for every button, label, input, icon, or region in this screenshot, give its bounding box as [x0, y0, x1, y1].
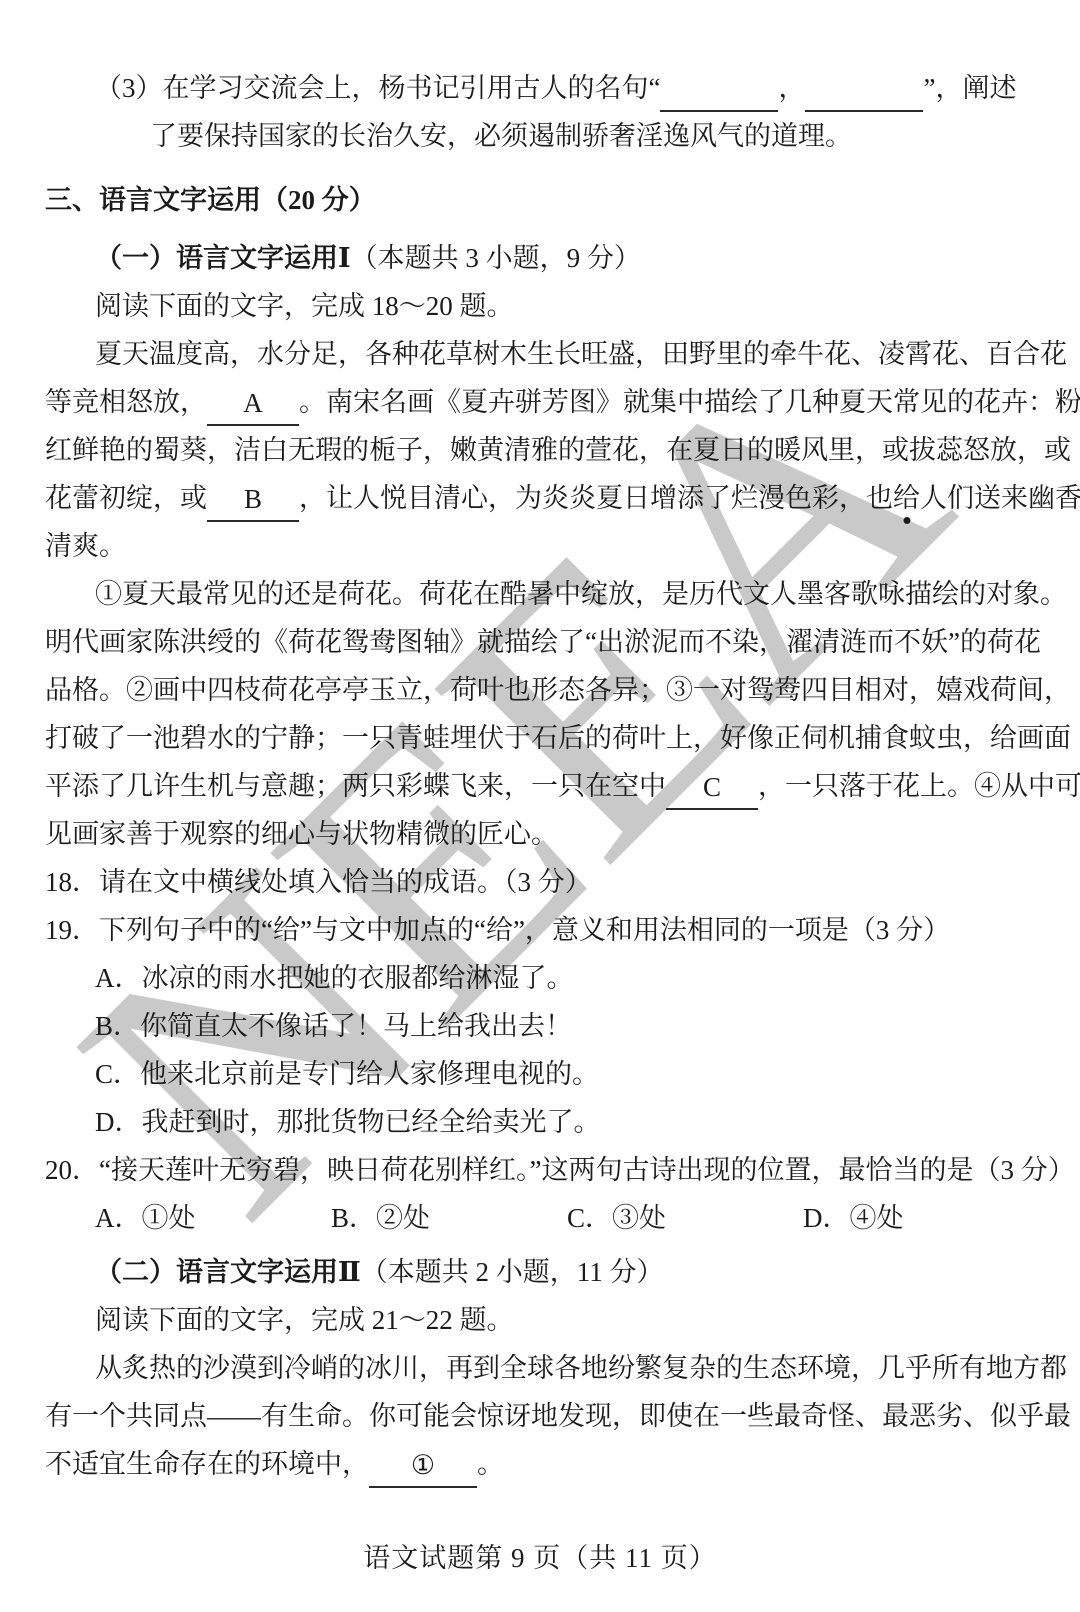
passage-line: 明代画家陈洪绶的《荷花鸳鸯图轴》就描绘了“出淤泥而不染，濯清涟而不妖”的荷花	[45, 618, 1035, 666]
passage-text: 人们送来幽香	[920, 483, 1080, 513]
passage-line: ①夏天最常见的还是荷花。荷花在酷暑中绽放，是历代文人墨客歌咏描绘的对象。	[45, 570, 1035, 618]
passage-text: ，让人悦目清心，为炎炎夏日增添了烂漫色彩，也	[299, 483, 893, 513]
part2-heading-rest: （本题共 2 小题，11 分）	[361, 1257, 664, 1287]
part1-heading-bold: （一）语言文字运用Ⅰ	[95, 243, 351, 273]
passage-line: 不适宜生命存在的环境中，①。	[45, 1440, 1035, 1488]
passage-line: 打破了一池碧水的宁静；一只青蛙埋伏于石后的荷叶上，好像正伺机捕食蚊虫，给画面	[45, 714, 1035, 762]
answer-blank-c: C	[666, 766, 758, 810]
passage-line: 等竞相怒放，A。南宋名画《夏卉骈芳图》就集中描绘了几种夏天常见的花卉：粉	[45, 378, 1035, 426]
q17-item3-comma: ，	[778, 73, 805, 103]
passage-line: 有一个共同点——有生命。你可能会惊讶地发现，即使在一些最奇怪、最恶劣、似乎最	[45, 1392, 1035, 1440]
passage-text: 花蕾初绽，或	[45, 483, 207, 513]
answer-blank-b: B	[207, 478, 299, 522]
exam-paper-page: NEEA （3）在学习交流会上，杨书记引用古人的名句“，”，阐述 了要保持国家的…	[0, 0, 1080, 1612]
question-20-option-d: D．④处	[803, 1194, 1039, 1242]
answer-blank	[660, 68, 778, 112]
passage-text: 不适宜生命存在的环境中，	[45, 1449, 369, 1479]
section-title: 三、语言文字运用（20 分）	[45, 176, 1035, 224]
part1-intro: 阅读下面的文字，完成 18～20 题。	[45, 282, 1035, 330]
answer-blank-a: A	[207, 382, 299, 426]
passage-line: 从炙热的沙漠到冷峭的冰川，再到全球各地纷繁复杂的生态环境，几乎所有地方都	[45, 1344, 1035, 1392]
passage-line: 品格。②画中四枝荷花亭亭玉立，荷叶也形态各异；③一对鸳鸯四目相对，嬉戏荷间，	[45, 666, 1035, 714]
question-19-option-b: B．你简直太不像话了！马上给我出去！	[45, 1002, 1035, 1050]
passage-text: 。	[477, 1449, 504, 1479]
part1-heading-rest: （本题共 3 小题，9 分）	[351, 243, 641, 273]
question-20-options: A．①处B．②处C．③处D．④处	[45, 1194, 1035, 1242]
question-19-option-a: A．冰凉的雨水把她的衣服都给淋湿了。	[45, 954, 1035, 1002]
passage-text: 等竞相怒放，	[45, 387, 207, 417]
passage-line: 花蕾初绽，或B，让人悦目清心，为炎炎夏日增添了烂漫色彩，也给人们送来幽香	[45, 474, 1035, 522]
question-19-option-c: C．他来北京前是专门给人家修理电视的。	[45, 1050, 1035, 1098]
part1-heading: （一）语言文字运用Ⅰ（本题共 3 小题，9 分）	[45, 234, 1035, 282]
emphasized-char: 给	[893, 474, 920, 522]
question-20-option-a: A．①处	[95, 1194, 331, 1242]
q17-item3-text-post: ”，阐述	[923, 73, 1016, 103]
q17-item3-text-pre: （3）在学习交流会上，杨书记引用古人的名句“	[95, 73, 660, 103]
passage-line: 夏天温度高，水分足，各种花草树木生长旺盛，田野里的牵牛花、凌霄花、百合花	[45, 330, 1035, 378]
answer-blank	[805, 68, 923, 112]
passage-text: 。南宋名画《夏卉骈芳图》就集中描绘了几种夏天常见的花卉：粉	[299, 387, 1080, 417]
question-18-stem: 18．请在文中横线处填入恰当的成语。（3 分）	[45, 858, 1035, 906]
question-19-option-d: D．我赶到时，那批货物已经全给卖光了。	[45, 1098, 1035, 1146]
passage-text: 平添了几许生机与意趣；两只彩蝶飞来，一只在空中	[45, 771, 666, 801]
page-footer: 语文试题第 9 页（共 11 页）	[45, 1536, 1035, 1575]
question-20-stem: 20．“接天莲叶无穷碧，映日荷花别样红。”这两句古诗出现的位置，最恰当的是（3 …	[45, 1146, 1035, 1194]
part2-heading: （二）语言文字运用Ⅱ（本题共 2 小题，11 分）	[45, 1248, 1035, 1296]
part2-heading-bold: （二）语言文字运用Ⅱ	[95, 1257, 361, 1287]
q17-item3-line2: 了要保持国家的长治久安，必须遏制骄奢淫逸风气的道理。	[45, 112, 1035, 160]
passage-text: ，一只落于花上。④从中可	[758, 771, 1080, 801]
question-19-stem: 19．下列句子中的“给”与文中加点的“给”，意义和用法相同的一项是（3 分）	[45, 906, 1035, 954]
page-content: （3）在学习交流会上，杨书记引用古人的名句“，”，阐述 了要保持国家的长治久安，…	[0, 0, 1080, 1575]
q17-item3-line1: （3）在学习交流会上，杨书记引用古人的名句“，”，阐述	[45, 64, 1035, 112]
answer-blank-1: ①	[369, 1444, 477, 1488]
passage-line: 红鲜艳的蜀葵，洁白无瑕的栀子，嫩黄清雅的萱花，在夏日的暖风里，或拔蕊怒放，或	[45, 426, 1035, 474]
question-20-option-b: B．②处	[331, 1194, 567, 1242]
passage-line: 见画家善于观察的细心与状物精微的匠心。	[45, 810, 1035, 858]
passage-line: 平添了几许生机与意趣；两只彩蝶飞来，一只在空中C，一只落于花上。④从中可	[45, 762, 1035, 810]
passage-line: 清爽。	[45, 522, 1035, 570]
question-20-option-c: C．③处	[567, 1194, 803, 1242]
part2-intro: 阅读下面的文字，完成 21～22 题。	[45, 1296, 1035, 1344]
